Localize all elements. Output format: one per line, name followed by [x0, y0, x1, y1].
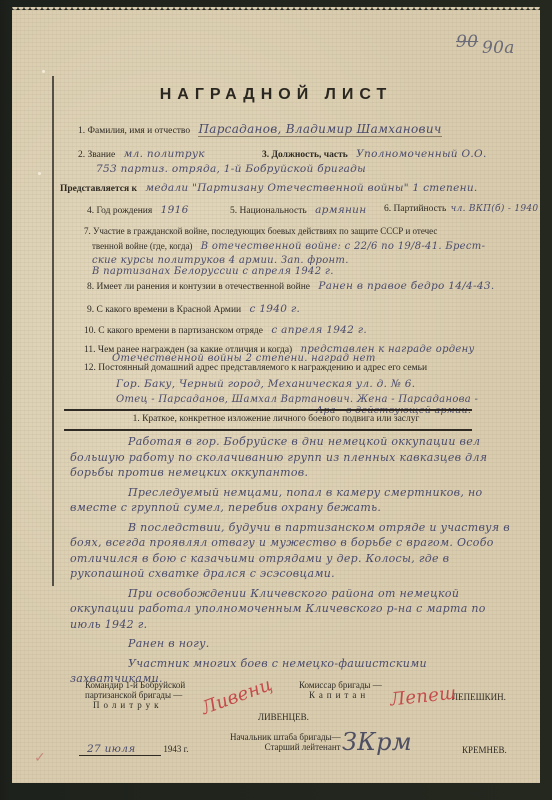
- sign-date: 27 июля 1943 г.: [79, 743, 189, 756]
- narrative-paragraph: При освобождении Кличевского района от н…: [70, 586, 510, 633]
- field-label: 3. Должность, часть: [262, 150, 348, 160]
- field-value: 753 партиз. отряда, 1-й Бобруйской брига…: [96, 163, 366, 175]
- field-presented-to: Представляется к медали "Партизану Отече…: [60, 182, 478, 194]
- field-label: 10. С какого времени в партизанском отря…: [84, 326, 263, 336]
- chief-of-staff-signature: ЗКрм: [342, 728, 412, 756]
- field-value: с 1940 г.: [250, 303, 301, 315]
- chief-of-staff-name: КРЕМНЕВ.: [462, 745, 507, 755]
- section-heading: 1. Краткое, конкретное изложение личного…: [12, 414, 540, 424]
- punch-hole: [42, 70, 45, 73]
- commander-title: Командир 1-й Бобруйской партизанской бри…: [85, 680, 185, 710]
- field-value: 1916: [161, 204, 189, 216]
- merit-narrative: Работая в гор. Бобруйске в дни немецкой …: [70, 434, 510, 691]
- field-war-participation-cont: ские курсы политруков 4 армии. Зап. фрон…: [92, 255, 349, 266]
- section-divider: [64, 429, 472, 431]
- field-value: медали "Партизану Отечественной войны" 1…: [145, 182, 477, 194]
- field-wounds: 8. Имеет ли ранения и контузии в отечест…: [87, 280, 494, 292]
- field-war-participation: твенной войне (где, когда) В отечественн…: [92, 241, 485, 252]
- field-value: Уполномоченный О.О.: [356, 148, 486, 160]
- field-label: 6. Партийность: [384, 204, 446, 214]
- field-value: Ранен в правое бедро 14/4-43.: [318, 280, 494, 292]
- field-war-participation-cont: В партизанах Белоруссии с апреля 1942 г.: [92, 266, 334, 277]
- award-sheet-paper: 90 90а НАГРАДНОЙ ЛИСТ 1. Фамилия, имя и …: [12, 10, 540, 783]
- date-day-month: 27 июля: [79, 743, 161, 756]
- commander-name: ЛИВЕНЦЕВ.: [258, 712, 309, 722]
- field-value: мл. политрук: [124, 148, 205, 160]
- field-label: 9. С какого времени в Красной Армии: [87, 305, 241, 315]
- scan-background: 90 90а НАГРАДНОЙ ЛИСТ 1. Фамилия, имя и …: [0, 0, 552, 800]
- field-rank: 2. Звание мл. политрук: [78, 148, 205, 160]
- field-address: Гор. Баку, Черный город, Механическая ул…: [116, 378, 415, 390]
- narrative-paragraph: В последствии, будучи в партизанском отр…: [70, 520, 510, 582]
- narrative-paragraph: Работая в гор. Бобруйске в дни немецкой …: [70, 434, 510, 481]
- field-label: 4. Год рождения: [87, 206, 152, 216]
- field-nationality: 5. Национальность армянин: [230, 204, 366, 216]
- field-value: чл. ВКП(б) - 1940: [451, 204, 539, 214]
- commander-rank: Политрук: [93, 700, 185, 710]
- field-birth-year: 4. Год рождения 1916: [87, 204, 189, 216]
- field-label: 2. Звание: [78, 150, 115, 160]
- field-war-participation-label: 7. Участие в гражданской войне, последую…: [84, 226, 437, 236]
- commander-title-line1: Командир 1-й Бобруйской: [85, 680, 185, 690]
- field-label: 5. Национальность: [230, 206, 307, 216]
- field-party: 6. Партийность чл. ВКП(б) - 1940: [384, 204, 538, 214]
- field-value: Отец - Парсаданов, Шамхал Вартанович. Же…: [116, 394, 478, 405]
- archive-number: 90а: [482, 38, 515, 58]
- commissar-name: ЛЕПЕШКИН.: [452, 692, 506, 702]
- commissar-title-line1: Комиссар бригады —: [299, 680, 382, 690]
- field-position-continued: 753 партиз. отряда, 1-й Бобруйской брига…: [96, 163, 366, 175]
- field-label: 7. Участие в гражданской войне, последую…: [84, 226, 437, 236]
- field-value: Гор. Баку, Черный город, Механическая ул…: [116, 378, 415, 390]
- field-label: 12. Постоянный домашний адрес представля…: [84, 363, 427, 373]
- chief-of-staff-title-line1: Начальник штаба бригады—: [230, 732, 341, 742]
- field-address-label: 12. Постоянный домашний адрес представля…: [84, 363, 427, 373]
- chief-of-staff-rank: Старший лейтенант: [252, 742, 341, 752]
- narrative-paragraph: Преследуемый немцами, попал в камеру сме…: [70, 485, 510, 516]
- field-label: 1. Фамилия, имя и отчество: [78, 126, 190, 136]
- section-heading-text: 1. Краткое, конкретное изложение личного…: [133, 414, 420, 424]
- commissar-title: Комиссар бригады — Капитан: [299, 680, 382, 700]
- field-value: Парсаданов, Владимир Шамханович: [198, 122, 441, 137]
- section-divider: [64, 409, 472, 411]
- date-year: 1943 г.: [163, 744, 188, 754]
- commissar-rank: Капитан: [309, 690, 382, 700]
- field-name: 1. Фамилия, имя и отчество Парсаданов, В…: [78, 122, 442, 136]
- field-red-army-since: 9. С какого времени в Красной Армии с 19…: [87, 303, 300, 315]
- check-mark-icon: ✓: [34, 750, 46, 767]
- field-label: Представляется к: [60, 184, 137, 194]
- margin-rule: [52, 76, 54, 586]
- field-position: 3. Должность, часть Уполномоченный О.О.: [262, 148, 487, 160]
- chief-of-staff-title: Начальник штаба бригады— Старший лейтена…: [230, 732, 341, 752]
- archive-number-struck: 90: [456, 32, 478, 52]
- document-title: НАГРАДНОЙ ЛИСТ: [12, 86, 540, 104]
- commander-title-line2: партизанской бригады —: [85, 690, 185, 700]
- field-value: армянин: [315, 204, 366, 216]
- field-address-family: Отец - Парсаданов, Шамхал Вартанович. Же…: [116, 394, 478, 405]
- field-value: В отечественной войне: с 22/6 по 19/8-41…: [201, 241, 486, 252]
- field-partisan-since: 10. С какого времени в партизанском отря…: [84, 324, 367, 336]
- field-value: В партизанах Белоруссии с апреля 1942 г.: [92, 266, 334, 277]
- field-value: ские курсы политруков 4 армии. Зап. фрон…: [92, 255, 349, 266]
- field-value: с апреля 1942 г.: [271, 324, 367, 336]
- punch-hole: [38, 172, 41, 175]
- field-label: 8. Имеет ли ранения и контузии в отечест…: [87, 282, 310, 292]
- field-label: твенной войне (где, когда): [92, 241, 192, 251]
- narrative-paragraph: Ранен в ногу.: [70, 636, 510, 652]
